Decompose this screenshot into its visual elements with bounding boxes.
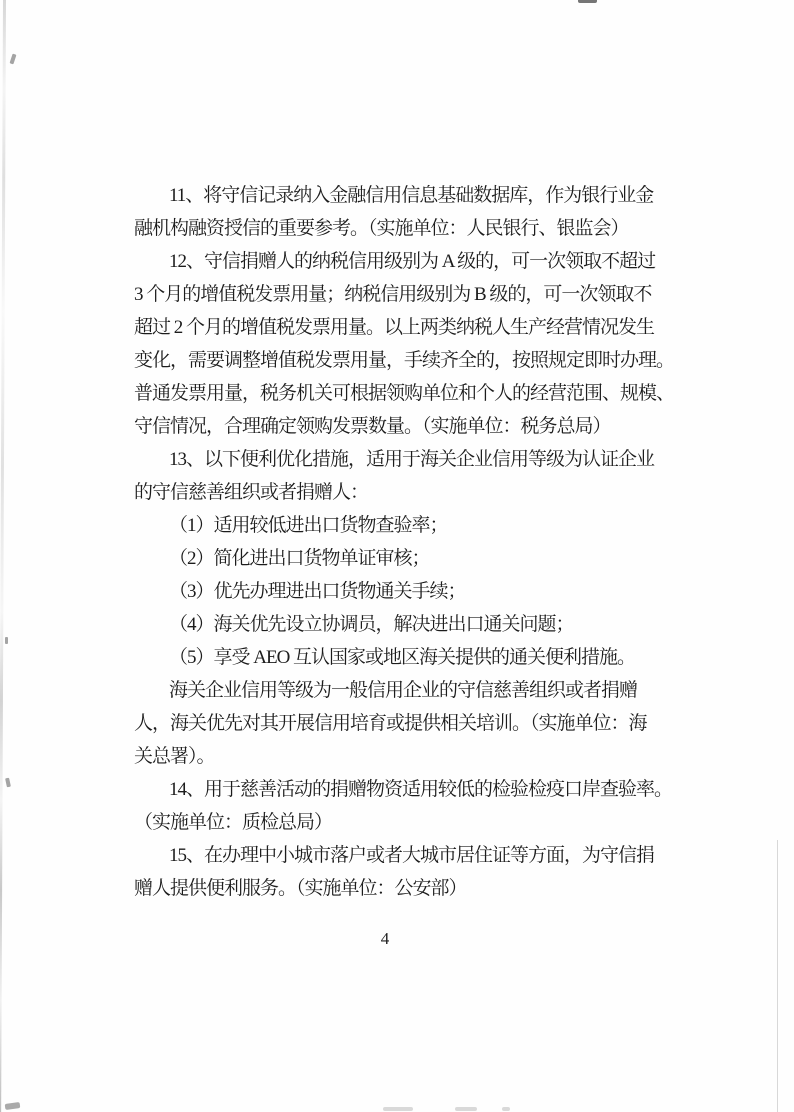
scan-smudge: [383, 1107, 413, 1111]
text-line: 12、守信捐赠人的纳税信用级别为 A 级的，可一次领取不超过: [134, 245, 674, 278]
crease-mark: [5, 637, 8, 644]
text-line: （1）适用较低进出口货物查验率；: [134, 509, 674, 542]
scan-smudge: [455, 1107, 477, 1111]
text-line: 的守信慈善组织或者捐赠人：: [134, 476, 674, 509]
text-line: （实施单位：质检总局）: [134, 806, 674, 839]
text-line: （2）简化进出口货物单证审核；: [134, 542, 674, 575]
text-line: 超过 2 个月的增值税发票用量。以上两类纳税人生产经营情况发生: [134, 311, 674, 344]
crease-mark: [5, 778, 11, 788]
text-line: 普通发票用量，税务机关可根据领购单位和个人的经营范围、规模、: [134, 377, 674, 410]
page-number: 4: [360, 929, 410, 949]
text-line: （5）享受 AEO 互认国家或地区海关提供的通关便利措施。: [134, 641, 674, 674]
text-line: 13、以下便利优化措施，适用于海关企业信用等级为认证企业: [134, 443, 674, 476]
text-line: 融机构融资授信的重要参考。（实施单位：人民银行、银监会）: [134, 212, 674, 245]
left-edge-crease: [0, 0, 6, 1112]
text-line: 人，海关优先对其开展信用培育或提供相关培训。（实施单位：海: [134, 707, 674, 740]
scanned-document-page: 11、将守信记录纳入金融信用信息基础数据库，作为银行业金 融机构融资授信的重要参…: [0, 0, 794, 1112]
text-line: （4）海关优先设立协调员，解决进出口通关问题；: [134, 608, 674, 641]
right-edge-shadow: [777, 840, 778, 1112]
text-line: 赠人提供便利服务。（实施单位：公安部）: [134, 872, 674, 905]
text-line: 关总署）。: [134, 740, 674, 773]
text-line: 守信情况，合理确定领购发票数量。（实施单位：税务总局）: [134, 410, 674, 443]
text-line: 3 个月的增值税发票用量；纳税信用级别为 B 级的，可一次领取不: [134, 278, 674, 311]
text-line: 14、用于慈善活动的捐赠物资适用较低的检验检疫口岸查验率。: [134, 773, 674, 806]
crease-mark: [10, 54, 17, 65]
document-text: 11、将守信记录纳入金融信用信息基础数据库，作为银行业金 融机构融资授信的重要参…: [134, 179, 674, 905]
text-line: 15、在办理中小城市落户或者大城市居住证等方面，为守信捐: [134, 839, 674, 872]
text-line: 变化，需要调整增值税发票用量，手续齐全的，按照规定即时办理。: [134, 344, 674, 377]
text-line: （3）优先办理进出口货物通关手续；: [134, 575, 674, 608]
text-line: 11、将守信记录纳入金融信用信息基础数据库，作为银行业金: [134, 179, 674, 212]
scan-smudge: [502, 1107, 510, 1111]
scan-speck: [5, 1102, 21, 1110]
text-line: 海关企业信用等级为一般信用企业的守信慈善组织或者捐赠: [134, 674, 674, 707]
scan-speck: [578, 0, 597, 3]
